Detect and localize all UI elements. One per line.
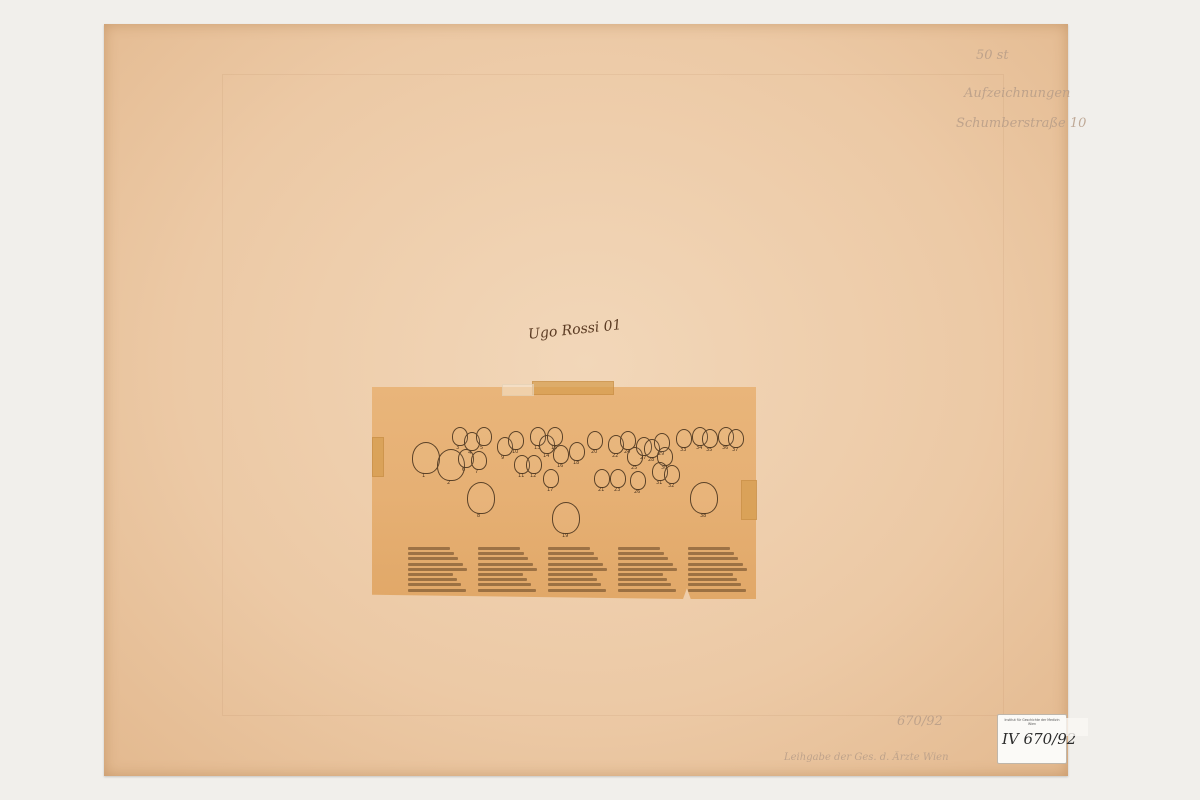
head-number: 20 xyxy=(591,450,597,455)
pencil-loan-note: Leihgabe der Ges. d. Ärzte Wien xyxy=(784,752,949,763)
head-number: 10 xyxy=(512,450,518,455)
sketched-head xyxy=(569,442,585,461)
tape-right xyxy=(741,480,757,520)
legend-entry xyxy=(618,583,671,586)
legend-entry xyxy=(408,568,467,571)
head-number: 6 xyxy=(462,468,465,473)
legend-entry xyxy=(478,563,533,566)
sketched-head xyxy=(471,451,487,470)
legend-entry xyxy=(408,547,450,550)
legend-entry xyxy=(478,552,524,555)
legend-entry xyxy=(688,547,730,550)
legend-entry xyxy=(688,557,738,560)
legend-entry xyxy=(478,557,528,560)
sketched-head xyxy=(553,445,569,464)
head-number: 38 xyxy=(700,514,706,519)
head-number: 36 xyxy=(722,446,728,451)
head-number: 19 xyxy=(562,534,568,539)
sketched-head xyxy=(594,469,610,488)
head-number: 14 xyxy=(543,454,549,459)
legend-column xyxy=(618,547,678,597)
legend-entry xyxy=(548,552,594,555)
pencil-note-address: Schumberstraße 10 xyxy=(956,116,1086,131)
sketched-head xyxy=(543,469,559,488)
legend-entry xyxy=(688,568,747,571)
head-number: 26 xyxy=(634,490,640,495)
label-institution: Institut für Geschichte der Medizin Wien xyxy=(1002,718,1062,726)
label-tape xyxy=(1066,718,1088,736)
legend-entry xyxy=(548,583,601,586)
sketched-head xyxy=(676,429,692,448)
legend-entry xyxy=(548,568,607,571)
legend-entry xyxy=(688,578,737,581)
legend-entry xyxy=(408,573,453,576)
legend-entry xyxy=(688,552,734,555)
head-number: 16 xyxy=(557,464,563,469)
legend-text-block xyxy=(408,547,748,597)
legend-entry xyxy=(618,568,677,571)
legend-entry xyxy=(408,583,461,586)
legend-entry xyxy=(548,589,606,592)
legend-entry xyxy=(408,557,458,560)
sketched-head xyxy=(690,482,718,514)
head-number: 32 xyxy=(668,484,674,489)
head-number: 31 xyxy=(656,481,662,486)
sketched-head xyxy=(728,429,744,448)
legend-entry xyxy=(548,573,593,576)
legend-entry xyxy=(548,563,603,566)
pencil-note-title: Aufzeichnungen xyxy=(964,86,1070,101)
head-number: 8 xyxy=(477,514,480,519)
legend-column xyxy=(408,547,468,597)
legend-entry xyxy=(688,573,733,576)
head-number: 23 xyxy=(614,488,620,493)
legend-entry xyxy=(618,552,664,555)
museum-label: Institut für Geschichte der Medizin Wien… xyxy=(997,714,1067,764)
head-number: 3 xyxy=(456,446,459,451)
tape-left xyxy=(372,437,384,477)
head-number: 34 xyxy=(696,446,702,451)
sketched-head xyxy=(508,431,524,450)
sketched-head xyxy=(587,431,603,450)
legend-entry xyxy=(688,583,741,586)
head-number: 27 xyxy=(640,456,646,461)
label-prefix: IV xyxy=(1002,730,1019,748)
sketched-head xyxy=(610,469,626,488)
sketched-head xyxy=(476,427,492,446)
legend-entry xyxy=(548,547,590,550)
sketched-head xyxy=(547,427,563,446)
sketched-head xyxy=(702,429,718,448)
tape-top xyxy=(532,381,614,395)
legend-entry xyxy=(478,547,520,550)
legend-entry xyxy=(408,589,466,592)
legend-entry xyxy=(618,563,673,566)
legend-entry xyxy=(618,573,663,576)
head-number: 12 xyxy=(530,474,536,479)
legend-entry xyxy=(478,589,536,592)
legend-entry xyxy=(618,578,667,581)
pencil-note-count: 50 st xyxy=(976,48,1009,63)
legend-entry xyxy=(408,578,457,581)
legend-entry xyxy=(688,589,746,592)
legend-entry xyxy=(408,563,463,566)
head-number: 21 xyxy=(598,488,604,493)
legend-entry xyxy=(688,563,743,566)
head-number: 11 xyxy=(518,474,524,479)
legend-entry xyxy=(548,578,597,581)
sketched-head xyxy=(664,465,680,484)
legend-entry xyxy=(478,573,523,576)
tracing-paper-key: 1234567891011121314151617181920212223242… xyxy=(372,387,756,599)
sketched-head xyxy=(630,471,646,490)
legend-entry xyxy=(478,583,531,586)
head-number: 7 xyxy=(475,470,478,475)
tape-top-clear xyxy=(502,384,534,396)
sketched-head xyxy=(552,502,580,534)
legend-entry xyxy=(478,578,527,581)
sketched-head xyxy=(412,442,440,474)
legend-entry xyxy=(618,547,660,550)
paper-sheet: 50 st Aufzeichnungen Schumberstraße 10 U… xyxy=(104,24,1068,776)
head-number: 22 xyxy=(612,454,618,459)
head-number: 1 xyxy=(422,474,425,479)
pencil-inventory-number: 670/92 xyxy=(897,714,943,729)
head-number: 33 xyxy=(680,448,686,453)
head-number: 9 xyxy=(501,456,504,461)
legend-entry xyxy=(478,568,537,571)
legend-entry xyxy=(618,589,676,592)
legend-column xyxy=(688,547,748,597)
head-number: 37 xyxy=(732,448,738,453)
head-number: 35 xyxy=(706,448,712,453)
head-number: 18 xyxy=(573,461,579,466)
legend-entry xyxy=(618,557,668,560)
legend-column xyxy=(548,547,608,597)
legend-entry xyxy=(408,552,454,555)
sketched-head xyxy=(526,455,542,474)
legend-column xyxy=(478,547,538,597)
head-number: 17 xyxy=(547,488,553,493)
head-number: 28 xyxy=(648,458,654,463)
head-number: 2 xyxy=(447,481,450,486)
sketched-head xyxy=(467,482,495,514)
legend-entry xyxy=(548,557,598,560)
